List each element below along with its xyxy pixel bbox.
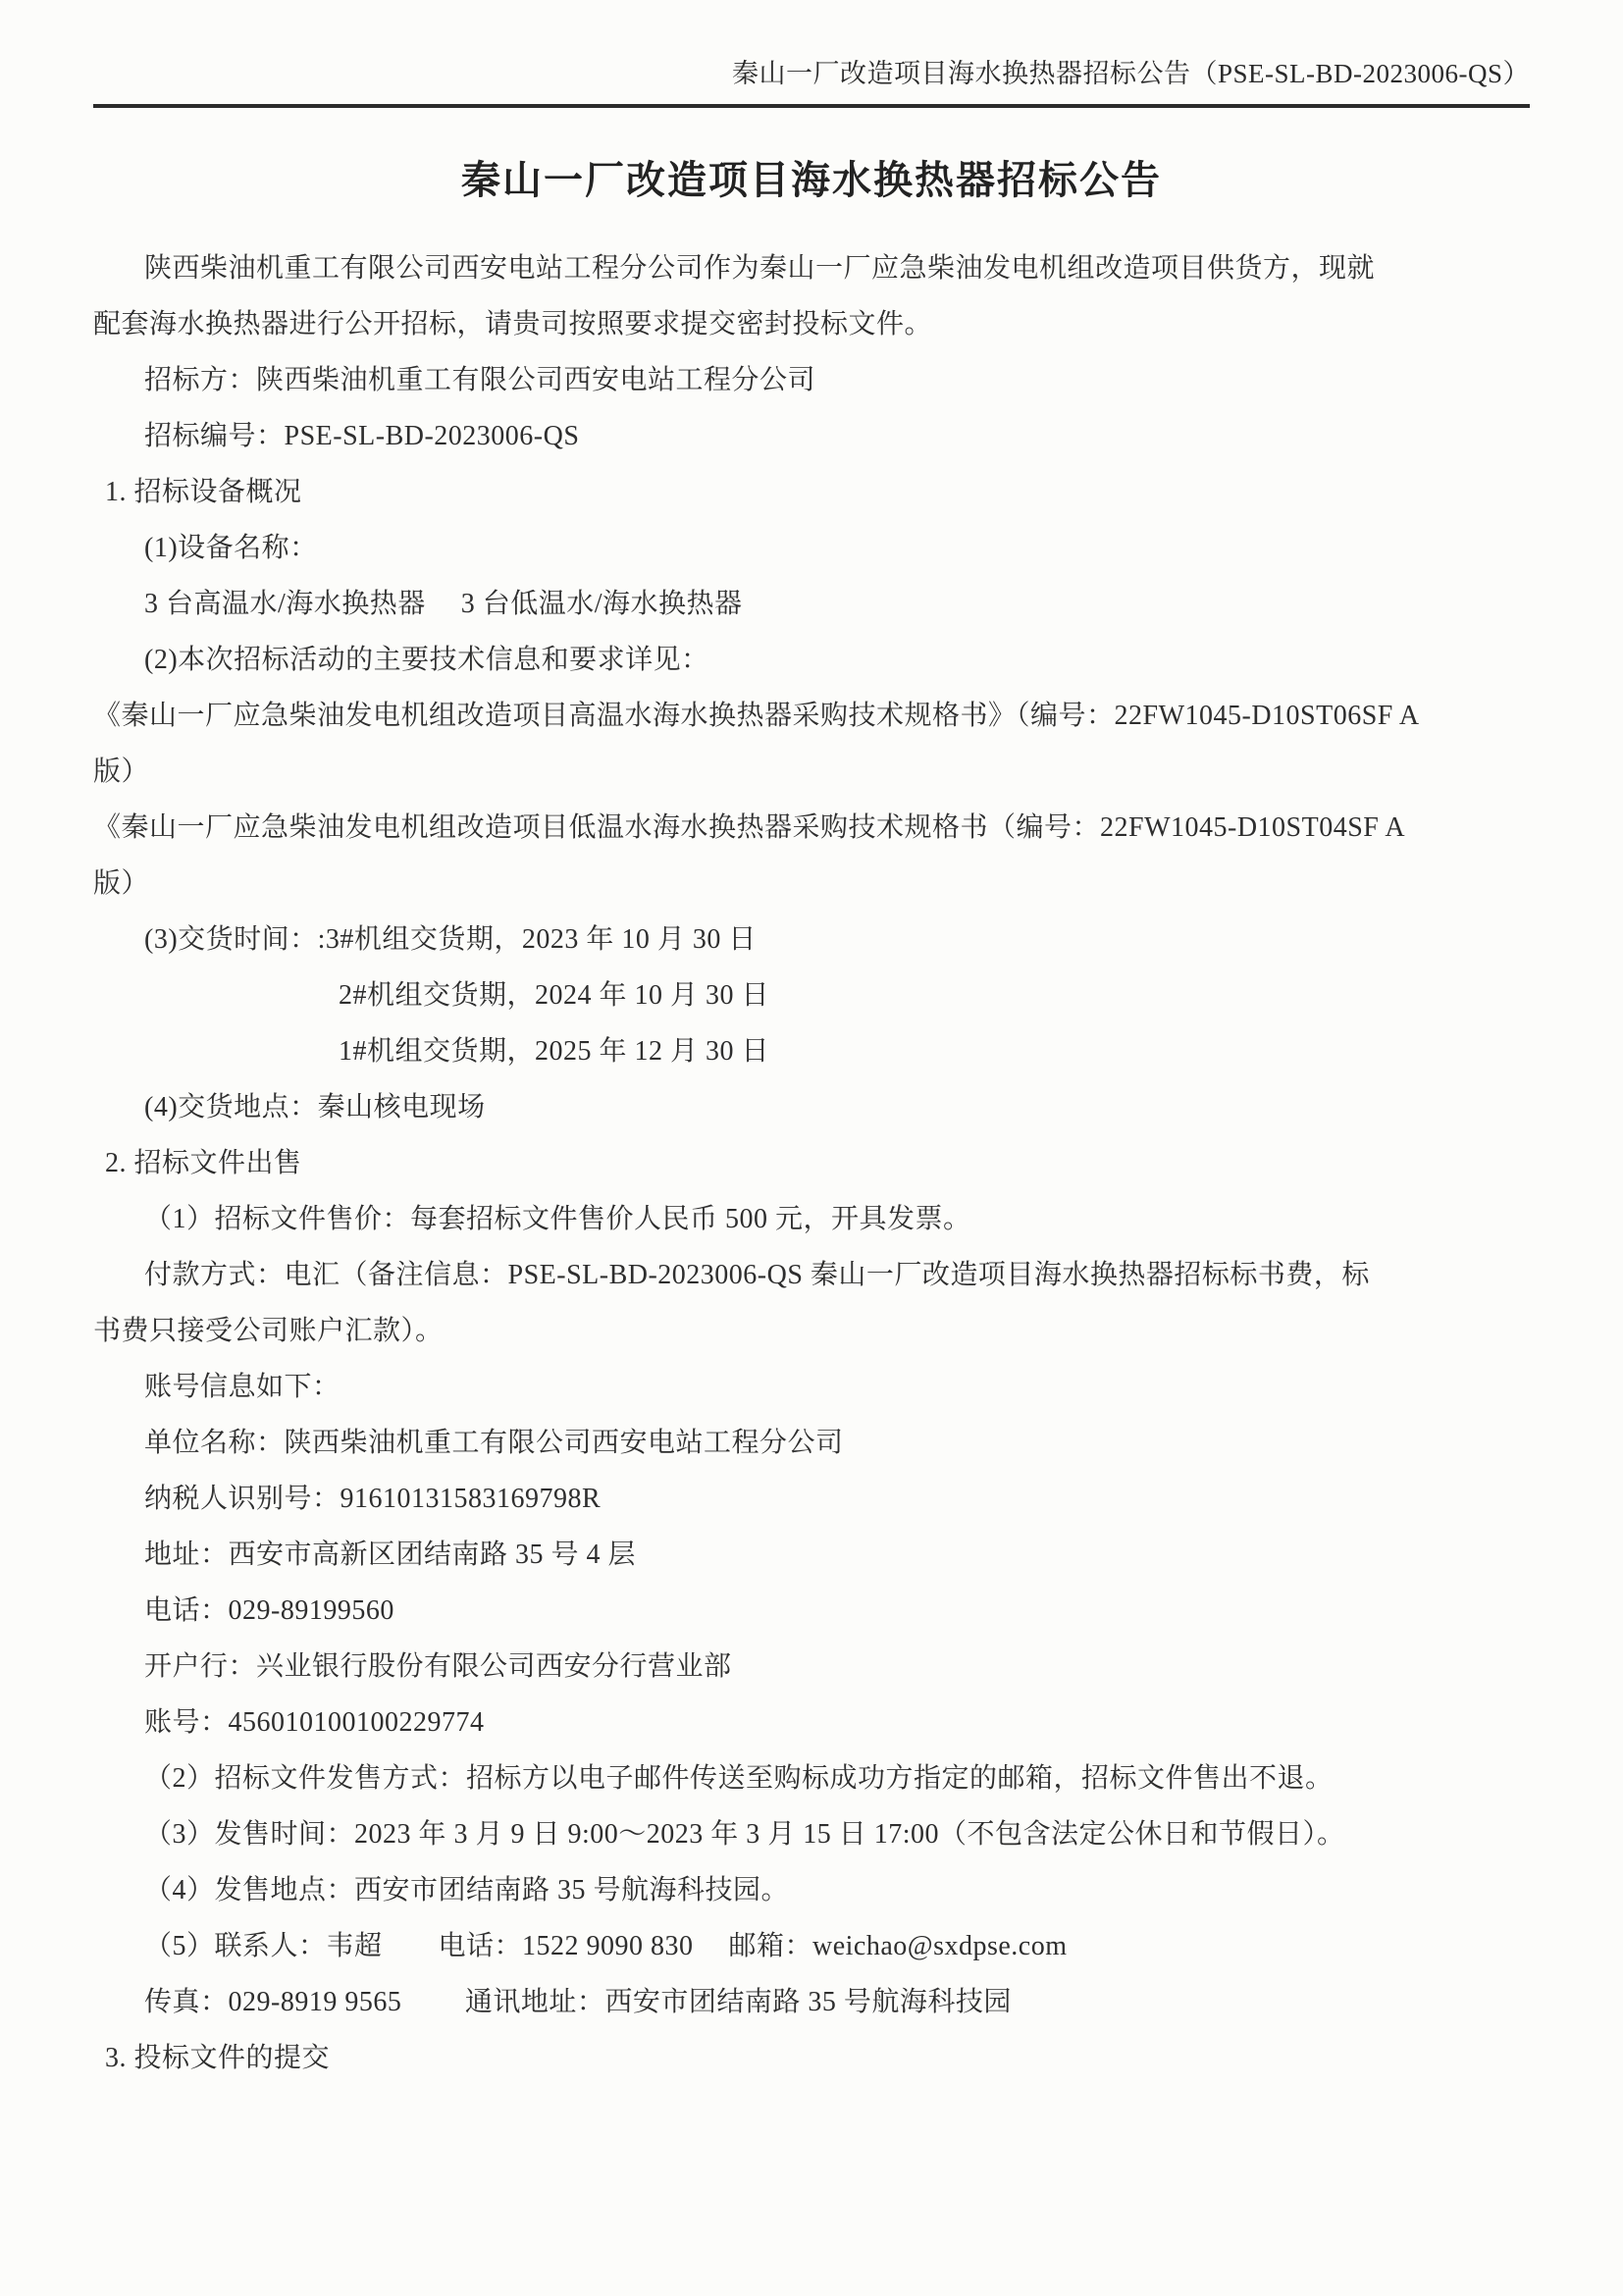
document-line: 单位名称：陕西柴油机重工有限公司西安电站工程分公司	[93, 1415, 1530, 1471]
document-line: （1）招标文件售价：每套招标文件售价人民币 500 元，开具发票。	[93, 1191, 1530, 1247]
document-line: 开户行：兴业银行股份有限公司西安分行营业部	[93, 1639, 1530, 1695]
document-line: 配套海水换热器进行公开招标，请贵司按照要求提交密封投标文件。	[93, 296, 1530, 352]
document-line: 账号信息如下：	[93, 1359, 1530, 1415]
document-line: 陕西柴油机重工有限公司西安电站工程分公司作为秦山一厂应急柴油发电机组改造项目供货…	[93, 240, 1530, 296]
document-line: （5）联系人：韦超 电话：1522 9090 830 邮箱：weichao@sx…	[93, 1918, 1530, 1974]
document-line: 3 台高温水/海水换热器 3 台低温水/海水换热器	[93, 576, 1530, 632]
document-line: 招标编号：PSE-SL-BD-2023006-QS	[93, 408, 1530, 464]
document-page: 秦山一厂改造项目海水换热器招标公告（PSE-SL-BD-2023006-QS） …	[0, 0, 1623, 2296]
document-body: 陕西柴油机重工有限公司西安电站工程分公司作为秦山一厂应急柴油发电机组改造项目供货…	[93, 240, 1530, 2204]
document-line: 1#机组交货期，2025 年 12 月 30 日	[93, 1023, 1530, 1079]
header-divider	[93, 104, 1530, 108]
document-line: (1)设备名称：	[93, 520, 1530, 576]
document-line: 书费只接受公司账户汇款）。	[93, 1303, 1530, 1359]
document-line: (3)交货时间：:3#机组交货期，2023 年 10 月 30 日	[93, 912, 1530, 967]
document-line: 《秦山一厂应急柴油发电机组改造项目高温水海水换热器采购技术规格书》（编号：22F…	[93, 688, 1530, 744]
document-line: （4）发售地点：西安市团结南路 35 号航海科技园。	[93, 1862, 1530, 1918]
document-title: 秦山一厂改造项目海水换热器招标公告	[93, 149, 1530, 205]
document-line: 传真：029-8919 9565 通讯地址：西安市团结南路 35 号航海科技园	[93, 1974, 1530, 2030]
document-line: 付款方式：电汇（备注信息：PSE-SL-BD-2023006-QS 秦山一厂改造…	[93, 1247, 1530, 1303]
document-line: (2)本次招标活动的主要技术信息和要求详见：	[93, 632, 1530, 688]
document-line: 账号：456010100100229774	[93, 1695, 1530, 1750]
document-line: 版）	[93, 856, 1530, 912]
document-line: 3. 投标文件的提交	[93, 2030, 1530, 2086]
document-line: 纳税人识别号：91610131583169798R	[93, 1471, 1530, 1527]
document-line: (4)交货地点：秦山核电现场	[93, 1079, 1530, 1135]
document-line: （3）发售时间：2023 年 3 月 9 日 9:00～2023 年 3 月 1…	[93, 1806, 1530, 1862]
document-line: 招标方：陕西柴油机重工有限公司西安电站工程分公司	[93, 352, 1530, 408]
document-line: 电话：029-89199560	[93, 1583, 1530, 1639]
document-line: 1. 招标设备概况	[93, 464, 1530, 520]
document-line: （2）招标文件发售方式：招标方以电子邮件传送至购标成功方指定的邮箱，招标文件售出…	[93, 1750, 1530, 1806]
document-line: 2#机组交货期，2024 年 10 月 30 日	[93, 967, 1530, 1023]
document-line: 地址：西安市高新区团结南路 35 号 4 层	[93, 1527, 1530, 1583]
document-line: 版）	[93, 744, 1530, 800]
document-line: 《秦山一厂应急柴油发电机组改造项目低温水海水换热器采购技术规格书（编号：22FW…	[93, 800, 1530, 856]
page-header-reference: 秦山一厂改造项目海水换热器招标公告（PSE-SL-BD-2023006-QS）	[93, 0, 1530, 90]
document-line: 2. 招标文件出售	[93, 1135, 1530, 1191]
